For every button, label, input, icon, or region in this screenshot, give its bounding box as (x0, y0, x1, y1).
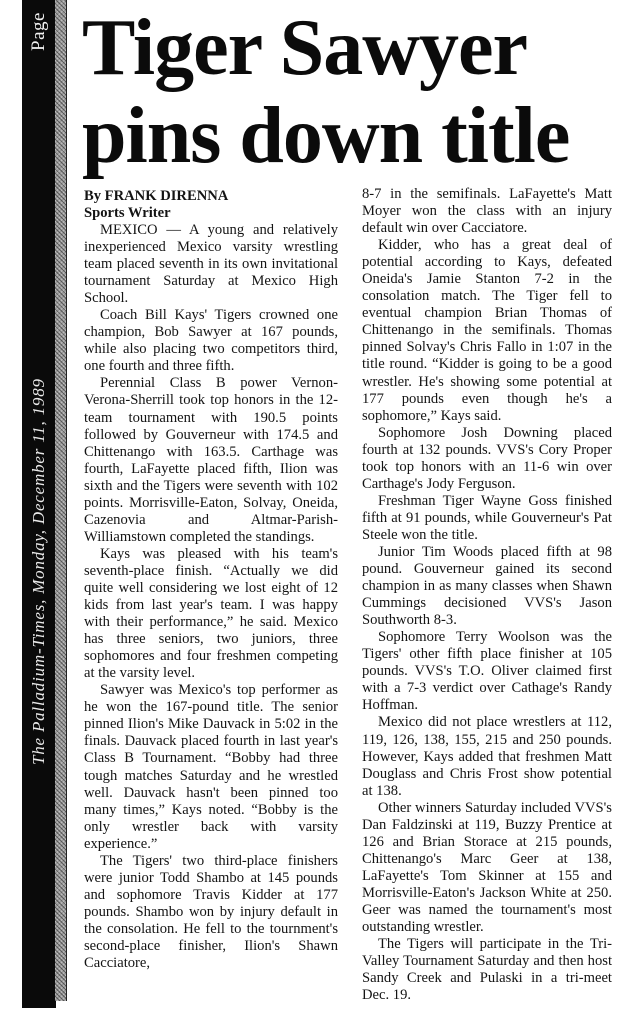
paragraph: Freshman Tiger Wayne Goss finished fifth… (362, 493, 612, 544)
paragraph: Perennial Class B power Vernon-Verona-Sh… (84, 375, 338, 545)
paragraph: Sophomore Terry Woolson was the Tigers' … (362, 629, 612, 714)
paragraph: Other winners Saturday included VVS's Da… (362, 800, 612, 936)
paragraph: Kays was pleased with his team's seventh… (84, 546, 338, 682)
byline-title: Sports Writer (84, 205, 338, 222)
paragraph: Mexico did not place wrestlers at 112, 1… (362, 714, 612, 799)
paragraph: The Tigers' two third-place finishers we… (84, 853, 338, 972)
page-label: Page (23, 2, 55, 62)
paragraph: Coach Bill Kays' Tigers crowned one cham… (84, 307, 338, 375)
sidebar-halftone-stripe (55, 0, 67, 1001)
paragraph: Junior Tim Woods placed fifth at 98 poun… (362, 544, 612, 629)
paragraph: Sawyer was Mexico's top performer as he … (84, 682, 338, 852)
byline: By FRANK DIRENNA Sports Writer (84, 188, 338, 222)
paragraph: Sophomore Josh Downing placed fourth at … (362, 425, 612, 493)
paragraph-continuation: 8-7 in the semifinals. LaFayette's Matt … (362, 186, 612, 237)
newspaper-dateline: The Palladium-Times, Monday, December 11… (22, 295, 56, 765)
article-column-right: 8-7 in the semifinals. LaFayette's Matt … (362, 186, 612, 1004)
paragraph: Kidder, who has a great deal of potentia… (362, 237, 612, 425)
paragraph: MEXICO — A young and relatively inexperi… (84, 222, 338, 307)
headline: Tiger Sawyer pins down title (82, 4, 622, 180)
headline-line-2: pins down title (82, 92, 569, 180)
paragraph: The Tigers will participate in the Tri-V… (362, 936, 612, 1004)
headline-line-1: Tiger Sawyer (82, 4, 527, 92)
byline-name: By FRANK DIRENNA (84, 188, 338, 205)
article-column-left: By FRANK DIRENNA Sports Writer MEXICO — … (84, 188, 338, 972)
